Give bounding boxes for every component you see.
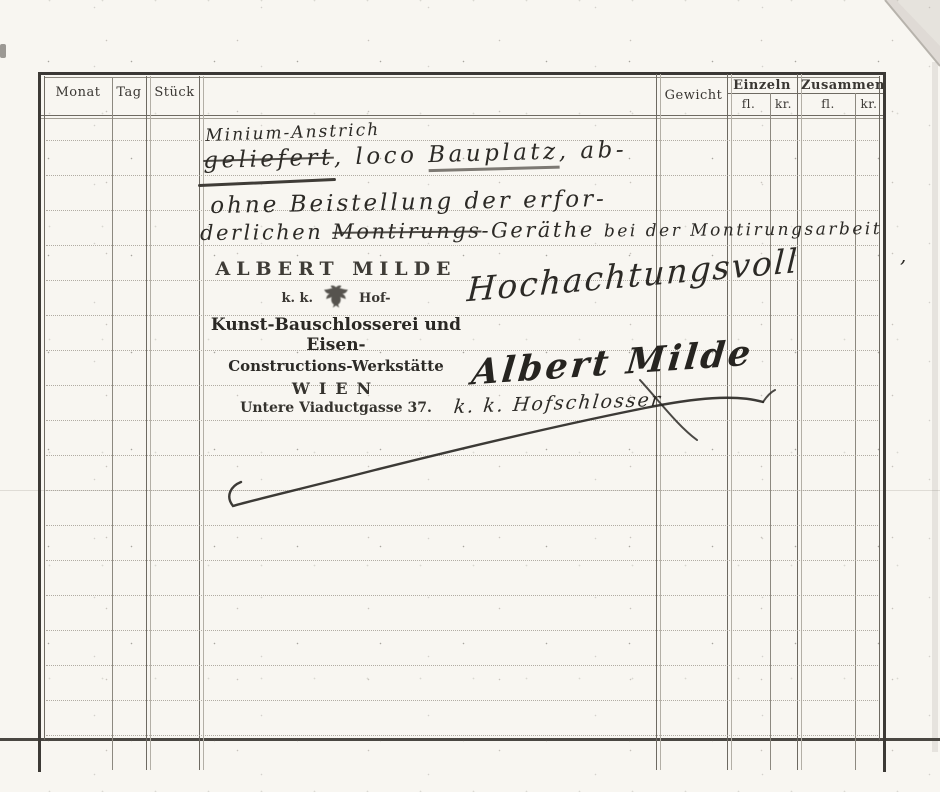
- struck-word: geliefert: [203, 145, 334, 174]
- handwriting-text: , loco: [333, 142, 428, 170]
- col-line-zusammen-fl-kr: [855, 93, 856, 770]
- handwriting-text: bei der Montirungsarbeit: [604, 219, 882, 241]
- column-header-monat: Monat: [44, 85, 112, 100]
- signature-flourish: [215, 368, 775, 518]
- scanned-ledger-page: Monat Tag Stück Gewicht Einzeln Zusammen…: [0, 0, 940, 792]
- ledger-row-line: [46, 665, 878, 666]
- ledger-row-line: [46, 525, 878, 526]
- ledger-row-line: [46, 630, 878, 631]
- struck-word: Montirungs: [332, 219, 481, 244]
- handwriting-text: -Geräthe: [481, 217, 604, 242]
- table-bottom-border: [0, 738, 940, 741]
- column-header-tag: Tag: [112, 85, 146, 100]
- letterhead-hof: Hof-: [359, 291, 390, 306]
- column-header-zusammen: Zusammen: [801, 78, 883, 93]
- letterhead-company-name: ALBERT MILDE: [188, 258, 484, 280]
- imperial-eagle-icon: [323, 284, 349, 312]
- column-header-einzeln: Einzeln: [727, 78, 797, 93]
- handwriting-text: derlichen: [200, 220, 332, 245]
- stray-ink-mark: ,: [900, 243, 906, 267]
- ledger-row-line: [46, 595, 878, 596]
- letterhead-kk: k. k.: [281, 291, 313, 306]
- subheader-zusammen-fl: fl.: [801, 97, 855, 111]
- folded-corner: [880, 0, 940, 70]
- right-inner-line: [879, 76, 880, 740]
- letterhead-kk-row: k. k. Hof-: [188, 284, 484, 312]
- left-inner-line: [44, 76, 45, 740]
- subheader-einzeln-kr: kr.: [770, 97, 797, 111]
- handwriting-line-3: ohne Beistellung der erfor-: [210, 186, 607, 219]
- scan-nick: [0, 44, 6, 58]
- underlined-word: Bauplatz: [428, 139, 559, 172]
- column-header-gewicht: Gewicht: [660, 88, 727, 103]
- col-line-monat-tag: [112, 78, 113, 770]
- page-edge-shadow: [932, 62, 938, 752]
- heavy-ink-underline: [198, 178, 336, 187]
- left-border: [38, 72, 41, 772]
- header-bottom-line-2: [38, 118, 886, 119]
- handwriting-text: , ab-: [558, 137, 627, 165]
- right-border: [883, 72, 886, 772]
- subheader-einzeln-fl: fl.: [727, 97, 770, 111]
- handwriting-line-4: derlichen Montirungs-Geräthe bei der Mon…: [200, 215, 882, 245]
- header-bottom-line: [38, 115, 886, 116]
- subheader-divider: [727, 93, 883, 94]
- ledger-row-line: [46, 560, 878, 561]
- subheader-zusammen-kr: kr.: [855, 97, 883, 111]
- ledger-row-line: [46, 175, 878, 176]
- ledger-row-line: [46, 700, 878, 701]
- table-top-border: [38, 72, 886, 75]
- column-header-stueck: Stück: [150, 85, 199, 100]
- letterhead-business-line-1: Kunst-Bauschlosserei und Eisen-: [188, 315, 484, 355]
- handwriting-closing: Hochachtungsvoll: [466, 241, 800, 309]
- handwriting-line-1: Minium-Anstrich: [205, 120, 380, 146]
- ledger-row-line: [46, 735, 878, 736]
